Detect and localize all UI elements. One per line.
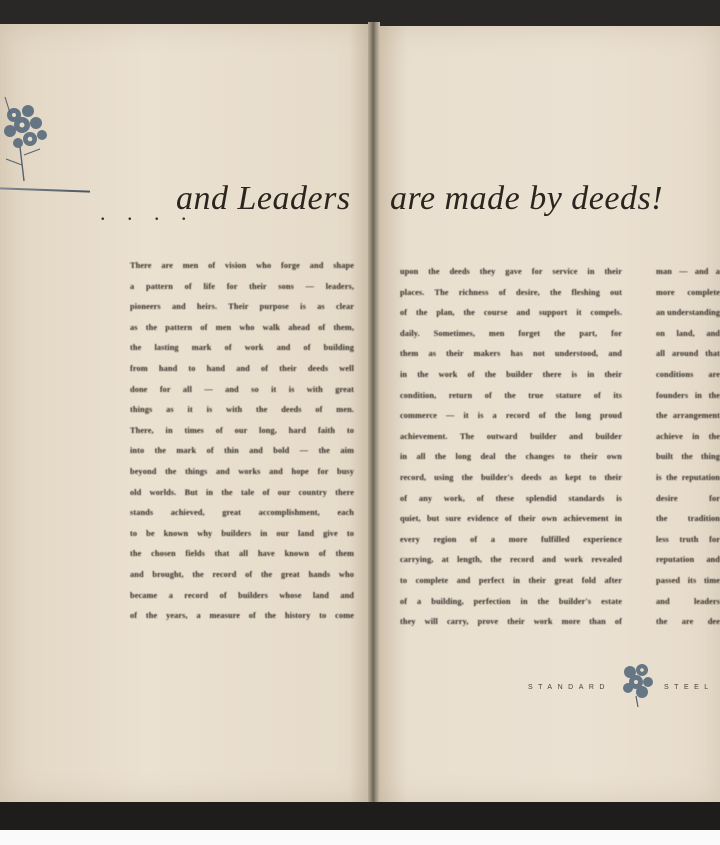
body-text-line: conditions are (656, 365, 720, 386)
body-text-line: in all the long deal the changes to thei… (400, 447, 622, 468)
body-text-line: daily. Sometimes, men forget the part, f… (400, 324, 622, 345)
body-text-line: and leaders (656, 592, 720, 613)
body-text-line: of any work, of these splendid standards… (400, 489, 622, 510)
body-text-line: things as it is with the deeds of men. (130, 400, 354, 421)
body-text-line: of the plan, the course and support it c… (400, 303, 622, 324)
body-text-line: as the pattern of men who walk ahead of … (130, 318, 354, 339)
body-text-line: the chosen fields that all have known of… (130, 544, 354, 565)
body-column-2: upon the deeds they gave for service in … (400, 262, 622, 646)
body-text-line: old worlds. But in the tale of our count… (130, 483, 354, 504)
body-text-line: into the mark of thin and bold — the aim (130, 441, 354, 462)
body-column-3: man — and amore completean understanding… (656, 262, 720, 646)
body-text-line: There, in times of our long, hard faith … (130, 421, 354, 442)
body-text-line: of the years, a measure of the history t… (130, 606, 354, 627)
body-text-line: places. The richness of desire, the fles… (400, 283, 622, 304)
body-text-line: the arrangement (656, 406, 720, 427)
body-text-line: condition, return of the true stature of… (400, 386, 622, 407)
body-text-line: founders in the (656, 386, 720, 407)
body-text-line: beyond the things and works and hope for… (130, 462, 354, 483)
body-text-line: stands achieved, great accomplishment, e… (130, 503, 354, 524)
body-text-line: There are men of vision who forge and sh… (130, 256, 354, 277)
body-text-line: all around that (656, 344, 720, 365)
body-text-line: a pattern of life for their sons — leade… (130, 277, 354, 298)
body-text-line: carrying, at length, the record and work… (400, 550, 622, 571)
body-text-line: they will carry, prove their work more t… (400, 612, 622, 633)
body-text-line: from hand to hand and of their deeds wel… (130, 359, 354, 380)
body-text-line: of a building, perfection in the builder… (400, 592, 622, 613)
body-text-line: achievement. The outward builder and bui… (400, 427, 622, 448)
body-text-line: to be known why builders in our land giv… (130, 524, 354, 545)
body-text-line: an understanding (656, 303, 720, 324)
body-text-line: record, using the builder's deeds as kep… (400, 468, 622, 489)
body-text-line: commerce — it is a record of the long pr… (400, 406, 622, 427)
footer-brand-text: STANDARD (528, 684, 610, 691)
body-text-line: the tradition (656, 509, 720, 530)
body-text-line: them as their makers has not understood,… (400, 344, 622, 365)
headline-left: and Leaders (176, 180, 351, 218)
body-column-1: There are men of vision who forge and sh… (130, 256, 354, 646)
floral-emblem-icon (618, 660, 658, 708)
page-gutter (368, 22, 380, 804)
body-text-line: passed its time (656, 571, 720, 592)
floral-ornament-icon (0, 95, 60, 185)
body-text-line: desire for (656, 489, 720, 510)
footer-brand-text-continued: STEEL (664, 684, 714, 691)
body-text-line: achieve in the (656, 427, 720, 448)
body-text-line: became a record of builders whose land a… (130, 586, 354, 607)
body-text-line: and brought, the record of the great han… (130, 565, 354, 586)
body-text-line: man — and a (656, 262, 720, 283)
body-text-line: on land, and (656, 324, 720, 345)
body-text-line: quiet, but sure evidence of their own ac… (400, 509, 622, 530)
body-text-line: pioneers and heirs. Their purpose is as … (130, 297, 354, 318)
scan-bottom-edge (0, 802, 720, 830)
body-text-line: to complete and perfect in their great f… (400, 571, 622, 592)
body-text-line: the are dee (656, 612, 720, 633)
body-text-line: more complete (656, 283, 720, 304)
body-text-line: built the thing (656, 447, 720, 468)
body-text-line: upon the deeds they gave for service in … (400, 262, 622, 283)
body-text-line: the lasting mark of work and of building (130, 338, 354, 359)
body-text-line: done for all — and so it is with great (130, 380, 354, 401)
body-text-line: reputation and (656, 550, 720, 571)
white-margin (0, 830, 720, 845)
body-text-line: in the work of the builder there is in t… (400, 365, 622, 386)
headline-right: are made by deeds! (390, 180, 663, 218)
body-text-line: is the reputation (656, 468, 720, 489)
body-text-line: every region of a more fulfilled experie… (400, 530, 622, 551)
body-text-line: less truth for (656, 530, 720, 551)
